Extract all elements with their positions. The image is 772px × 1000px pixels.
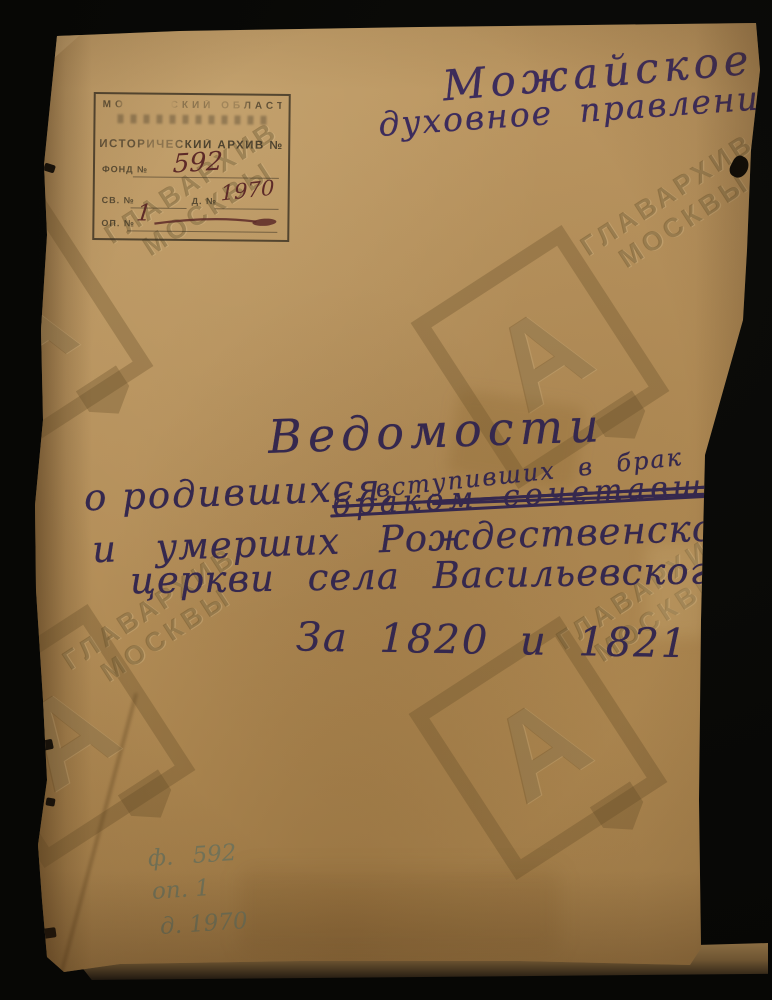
footer-note-fond: ф. 592: [147, 842, 237, 871]
title-line4: церкви села Васильевского.: [130, 552, 746, 600]
footer-note-opis: оп. 1: [151, 877, 210, 904]
stamp-opis-label: ОП. №: [101, 218, 135, 228]
binding-stitch: [45, 797, 55, 806]
stamp-svyazka-label: СВ. №: [102, 195, 135, 205]
stamp-fond-label: ФОНД №: [102, 164, 148, 174]
stamp-delo-value: 1970: [220, 176, 274, 206]
stamp-rule: [127, 230, 277, 233]
logo-letter: А: [469, 674, 607, 822]
stamp-illegible-line: [117, 114, 272, 125]
stamp-rule: [215, 208, 279, 210]
footer-note-delo: д. 1970: [159, 910, 248, 939]
title-years-line: За 1820 и 1821 годы: [296, 617, 772, 666]
title-line1: Ведомости: [267, 402, 605, 460]
folder-cover: ГЛАВАРХИВ МОСКВЫ ГЛАВАРХИВ МОСКВЫ ГЛАВАР…: [0, 0, 772, 1000]
stamp-fond-value: 592: [172, 147, 223, 180]
paper-stain: [240, 868, 560, 953]
binding-stitch: [42, 927, 56, 939]
scan-background: ГЛАВАРХИВ МОСКВЫ ГЛАВАРХИВ МОСКВЫ ГЛАВАР…: [0, 0, 772, 1000]
pen-flourish: [152, 213, 282, 230]
stamp-org-line: МОСКОВСКИЙ ОБЛАСТНОЙ: [103, 99, 282, 112]
logo-letter: А: [0, 258, 93, 406]
glavarkhiv-text-watermark: ГЛАВАРХИВ МОСКВЫ: [575, 127, 772, 288]
stamp-opis-value: 1: [135, 200, 153, 226]
archive-stamp: МОСКОВСКИЙ ОБЛАСТНОЙ ИСТОРИЧЕСКИЙ АРХИВ …: [92, 92, 291, 242]
logo-letter: А: [0, 662, 135, 810]
stamp-delo-label: Д. №: [192, 196, 218, 206]
